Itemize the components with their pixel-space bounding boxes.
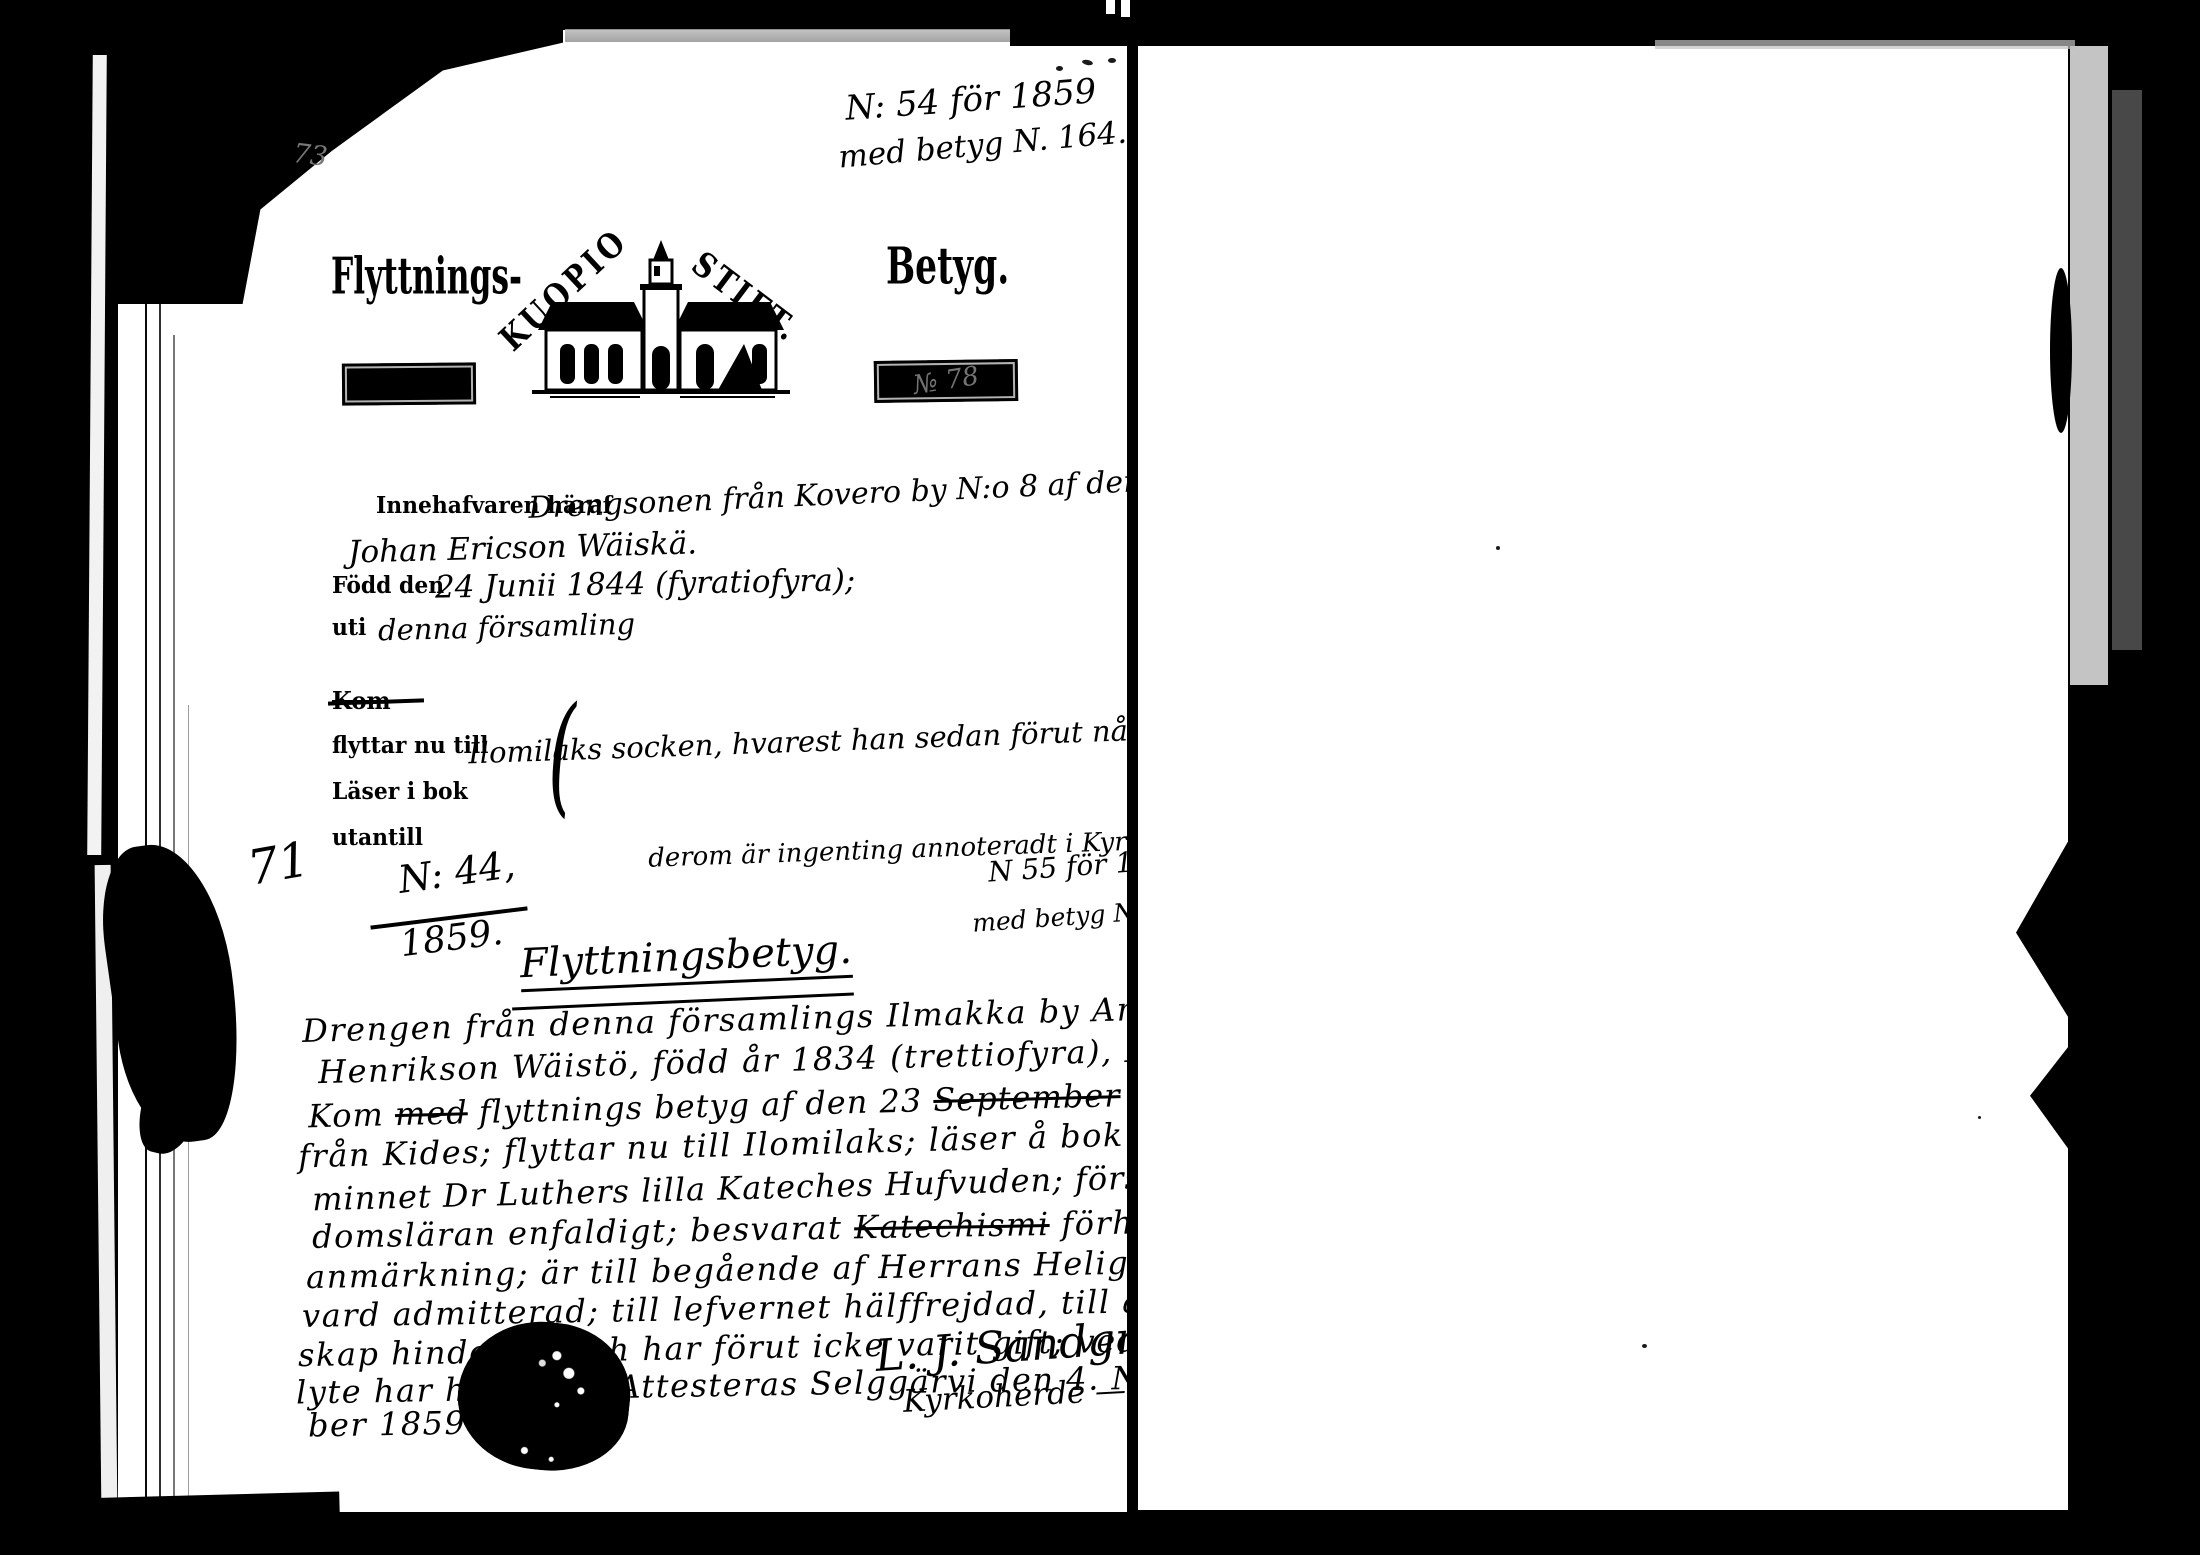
record-line-3-struck1: med bbox=[394, 1093, 468, 1133]
in-value: denna församling bbox=[378, 607, 636, 648]
page-top-edge-shadow-2 bbox=[1655, 40, 2075, 49]
masthead-betyg: Betyg. bbox=[886, 236, 1009, 295]
holder-name-value: Johan Ericson Wäiskä. bbox=[348, 525, 698, 570]
ink-speck-2 bbox=[1082, 59, 1094, 66]
right-banner: № 78 bbox=[874, 359, 1019, 403]
record-line-6-struck: Katechismi bbox=[854, 1205, 1050, 1246]
right-page-speck-2 bbox=[1642, 1344, 1647, 1348]
record-line-6-seg1: domsläran enfaldigt; besvarat bbox=[312, 1208, 855, 1255]
record-line-6-seg2: förhören bbox=[1049, 1202, 1130, 1243]
record-line-11: ber 1859. bbox=[308, 1404, 479, 1445]
reads-label: Läser i bok bbox=[332, 778, 468, 805]
record-number: N: 44, bbox=[396, 842, 518, 902]
right-page-speck-1 bbox=[1496, 546, 1500, 550]
right-banner-number: № 78 bbox=[911, 361, 981, 401]
holder-value: Drengsonen från Kovero by N:o 8 af denna… bbox=[528, 457, 1130, 526]
record-line-3-struck2: September bbox=[933, 1076, 1121, 1119]
ink-speck-1 bbox=[1056, 66, 1063, 71]
church-icon bbox=[530, 240, 792, 408]
right-edge-gray-streak-2 bbox=[2112, 90, 2142, 650]
right-edge-bump bbox=[2050, 268, 2072, 433]
masthead-flyttnings: Flyttnings- bbox=[331, 246, 522, 305]
ink-speck-3 bbox=[1108, 58, 1116, 63]
pencil-mark: 73 bbox=[291, 138, 329, 173]
born-value: 24 Junii 1844 (fyratiofyra); bbox=[435, 562, 856, 605]
born-label: Född den bbox=[332, 572, 444, 599]
byheart-label: utantill bbox=[332, 824, 423, 851]
scan-band-top-left bbox=[0, 0, 1012, 30]
page-top-edge-shadow-1 bbox=[565, 29, 1010, 42]
left-page-content: 73 N: 54 för 1859 med betyg N. 164. Flyt… bbox=[0, 0, 1130, 1555]
record-heading: Flyttningsbetyg. bbox=[519, 927, 853, 992]
top-band-notch-2 bbox=[1121, 0, 1130, 17]
book-scan: 73 N: 54 för 1859 med betyg N. 164. Flyt… bbox=[0, 0, 2200, 1555]
right-page bbox=[1136, 42, 2068, 1510]
book-gutter bbox=[1127, 28, 1138, 1555]
margin-page-number: 71 bbox=[244, 831, 314, 897]
right-page-speck-3 bbox=[1978, 1116, 1981, 1119]
scan-band-bottom-left-rise bbox=[0, 1492, 341, 1555]
long-paren: ( bbox=[548, 678, 576, 830]
ref-note-2: med betyg N. 2 bbox=[971, 895, 1130, 937]
record-line-3-seg1: Kom bbox=[308, 1095, 396, 1135]
in-label: uti bbox=[332, 614, 366, 641]
moves-label: flyttar nu till bbox=[332, 732, 488, 759]
top-band-notch-1 bbox=[1106, 0, 1115, 14]
right-edge-gray-streak-1 bbox=[2070, 45, 2108, 685]
left-banner bbox=[342, 362, 476, 405]
